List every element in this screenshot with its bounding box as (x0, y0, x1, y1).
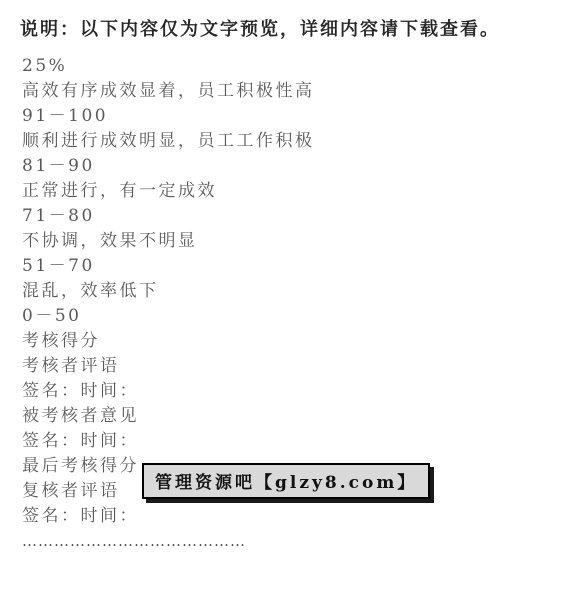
document-preview-page: 说明：以下内容仅为文字预览，详细内容请下载查看。 25% 高效有序成效显着，员工… (0, 0, 578, 600)
preview-line: 正常进行，有一定成效 (22, 179, 568, 204)
preview-line: 0－50 (22, 304, 568, 329)
preview-line: 91－100 (22, 104, 568, 129)
preview-line: 高效有序成效显着，员工积极性高 (22, 79, 568, 104)
preview-notice: 说明：以下内容仅为文字预览，详细内容请下载查看。 (20, 15, 500, 41)
preview-line: 混乱，效率低下 (22, 279, 568, 304)
preview-line: 81－90 (22, 154, 568, 179)
preview-dots-line: …………………………………… (22, 529, 568, 554)
preview-line: 考核者评语 (22, 354, 568, 379)
preview-line: 25% (22, 54, 568, 79)
preview-line: 顺利进行成效明显，员工工作积极 (22, 129, 568, 154)
preview-line: 51－70 (22, 254, 568, 279)
preview-line: 考核得分 (22, 329, 568, 354)
preview-line: 签名：时间： (22, 429, 568, 454)
preview-line: 不协调，效果不明显 (22, 229, 568, 254)
preview-line: 71－80 (22, 204, 568, 229)
preview-line: 签名：时间： (22, 504, 568, 529)
preview-line: 签名：时间： (22, 379, 568, 404)
preview-line: 被考核者意见 (22, 404, 568, 429)
site-watermark: 管理资源吧【glzy8.com】 (142, 463, 430, 499)
